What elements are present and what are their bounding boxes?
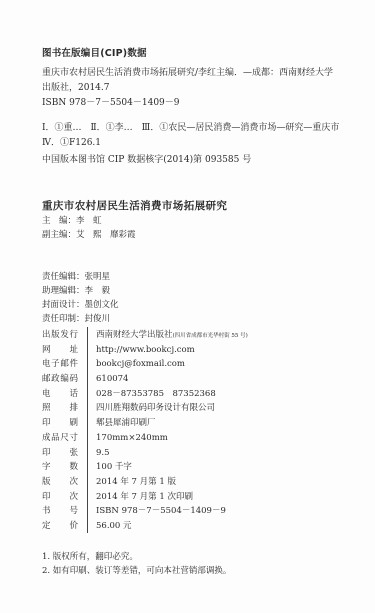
staff-credits: 责任编辑：张明星 助理编辑：李 毅 封面设计：墨创文化 责任印制：封俊川 — [42, 270, 119, 326]
pub-label: 印刷 — [42, 416, 78, 431]
staff-label: 助理编辑： — [42, 286, 85, 296]
staff-row: 责任编辑：张明星 — [42, 270, 119, 284]
cip-isbn: ISBN 978－7－5504－1409－9 — [42, 96, 342, 111]
cip-header: 图书在版编目(CIP)数据 — [42, 45, 147, 59]
pub-label: 版次 — [42, 475, 78, 490]
copyright-notes: 1. 版权所有，翻印必究。 2. 如有印刷、装订等差错，可向本社营销部调换。 — [42, 550, 231, 578]
pub-row-printing: 印次 2014 年 7 月第 1 次印刷 — [42, 490, 248, 505]
pub-row-email: 电子邮件 bookcj@foxmail.com — [42, 357, 248, 372]
pub-label: 字数 — [42, 460, 78, 475]
pub-row-size: 成品尺寸 170mm×240mm — [42, 431, 248, 446]
pub-value: 56.00 元 — [96, 519, 132, 534]
pub-row-typesetting: 照排 四川胜翔数码印务设计有限公司 — [42, 401, 248, 416]
deputy-editor-label: 副主编： — [42, 230, 76, 240]
pub-label: 电话 — [42, 387, 78, 402]
pub-value: bookcj@foxmail.com — [96, 357, 185, 372]
pub-label: 印张 — [42, 446, 78, 461]
staff-value: 张明星 — [85, 272, 111, 282]
pub-value: http://www.bookcj.com — [96, 343, 195, 358]
publication-info: 出版发行 西南财经大学出版社(四川省成都市光华村街 55 号) 网址 http:… — [42, 328, 248, 534]
staff-label: 责任编辑： — [42, 272, 85, 282]
staff-label: 责任印制： — [42, 314, 85, 324]
copyright-page: 图书在版编目(CIP)数据 重庆市农村居民生活消费市场拓展研究/李红主编．—成都… — [0, 0, 375, 613]
cip-class-line: Ⅳ．①F126.1 — [42, 136, 352, 151]
staff-row: 责任印制：封俊川 — [42, 312, 119, 326]
pub-label: 照排 — [42, 401, 78, 416]
staff-value: 墨创文化 — [85, 300, 119, 310]
cip-class-line: Ⅰ．①重… Ⅱ．①李… Ⅲ．①农民—居民消费—消费市场—研究—重庆市 — [42, 121, 352, 136]
editors: 主 编：李 虹 副主编：艾 熙 靡彩霞 — [42, 214, 136, 242]
deputy-editors: 艾 熙 靡彩霞 — [76, 230, 136, 240]
pub-value: 610074 — [96, 372, 128, 387]
pub-label: 成品尺寸 — [42, 431, 78, 446]
pub-value: ISBN 978－7－5504－1409－9 — [96, 504, 226, 519]
pub-row-edition: 版次 2014 年 7 月第 1 版 — [42, 475, 248, 490]
pub-value: 2014 年 7 月第 1 版 — [96, 475, 176, 490]
pub-row-wordcount: 字数 100 千字 — [42, 460, 248, 475]
staff-label: 封面设计： — [42, 300, 85, 310]
pub-value: 西南财经大学出版社(四川省成都市光华村街 55 号) — [96, 328, 248, 343]
book-title: 重庆市农村居民生活消费市场拓展研究 — [42, 198, 227, 213]
staff-row: 助理编辑：李 毅 — [42, 284, 119, 298]
cip-entry: 重庆市农村居民生活消费市场拓展研究/李红主编．—成都：西南财经大学 出版社，20… — [42, 66, 342, 111]
staff-value: 李 毅 — [85, 286, 111, 296]
pub-label: 定价 — [42, 519, 78, 534]
pub-value: 028－87353785 87352368 — [96, 387, 216, 402]
pub-value: 郫县犀浦印刷厂 — [96, 416, 156, 431]
pub-row-phone: 电话 028－87353785 87352368 — [42, 387, 248, 402]
chief-editor-label: 主 编： — [42, 216, 76, 226]
pub-value: 170mm×240mm — [96, 431, 168, 446]
pub-row-publisher: 出版发行 西南财经大学出版社(四川省成都市光华村街 55 号) — [42, 328, 248, 343]
chief-editor: 李 虹 — [76, 216, 102, 226]
pub-row-postcode: 邮政编码 610074 — [42, 372, 248, 387]
chief-editor-row: 主 编：李 虹 — [42, 214, 136, 228]
pub-row-isbn: 书号 ISBN 978－7－5504－1409－9 — [42, 504, 248, 519]
publisher-address: (四川省成都市光华村街 55 号) — [173, 333, 248, 339]
cip-entry-line: 出版社，2014.7 — [42, 81, 342, 96]
pub-label: 书号 — [42, 504, 78, 519]
cip-entry-line: 重庆市农村居民生活消费市场拓展研究/李红主编．—成都：西南财经大学 — [42, 66, 342, 81]
pub-value: 四川胜翔数码印务设计有限公司 — [96, 401, 215, 416]
staff-value: 封俊川 — [85, 314, 111, 324]
deputy-editor-row: 副主编：艾 熙 靡彩霞 — [42, 228, 136, 242]
pub-value: 9.5 — [96, 446, 110, 461]
cip-classification: Ⅰ．①重… Ⅱ．①李… Ⅲ．①农民—居民消费—消费市场—研究—重庆市 Ⅳ．①F1… — [42, 121, 352, 151]
cip-verification: 中国版本图书馆 CIP 数据核字(2014)第 093585 号 — [42, 154, 251, 167]
pub-value: 2014 年 7 月第 1 次印刷 — [96, 490, 193, 505]
pub-label: 邮政编码 — [42, 372, 78, 387]
pub-row-sheets: 印张 9.5 — [42, 446, 248, 461]
note-item: 2. 如有印刷、装订等差错，可向本社营销部调换。 — [42, 564, 231, 578]
pub-row-printer: 印刷 郫县犀浦印刷厂 — [42, 416, 248, 431]
staff-row: 封面设计：墨创文化 — [42, 298, 119, 312]
pub-value: 100 千字 — [96, 460, 132, 475]
pub-row-website: 网址 http://www.bookcj.com — [42, 343, 248, 358]
publisher-name: 西南财经大学出版社 — [96, 330, 173, 340]
pub-label: 网址 — [42, 343, 78, 358]
pub-row-price: 定价 56.00 元 — [42, 519, 248, 534]
pub-label: 印次 — [42, 490, 78, 505]
pub-label: 出版发行 — [42, 328, 78, 343]
pub-label: 电子邮件 — [42, 357, 78, 372]
note-item: 1. 版权所有，翻印必究。 — [42, 550, 231, 564]
